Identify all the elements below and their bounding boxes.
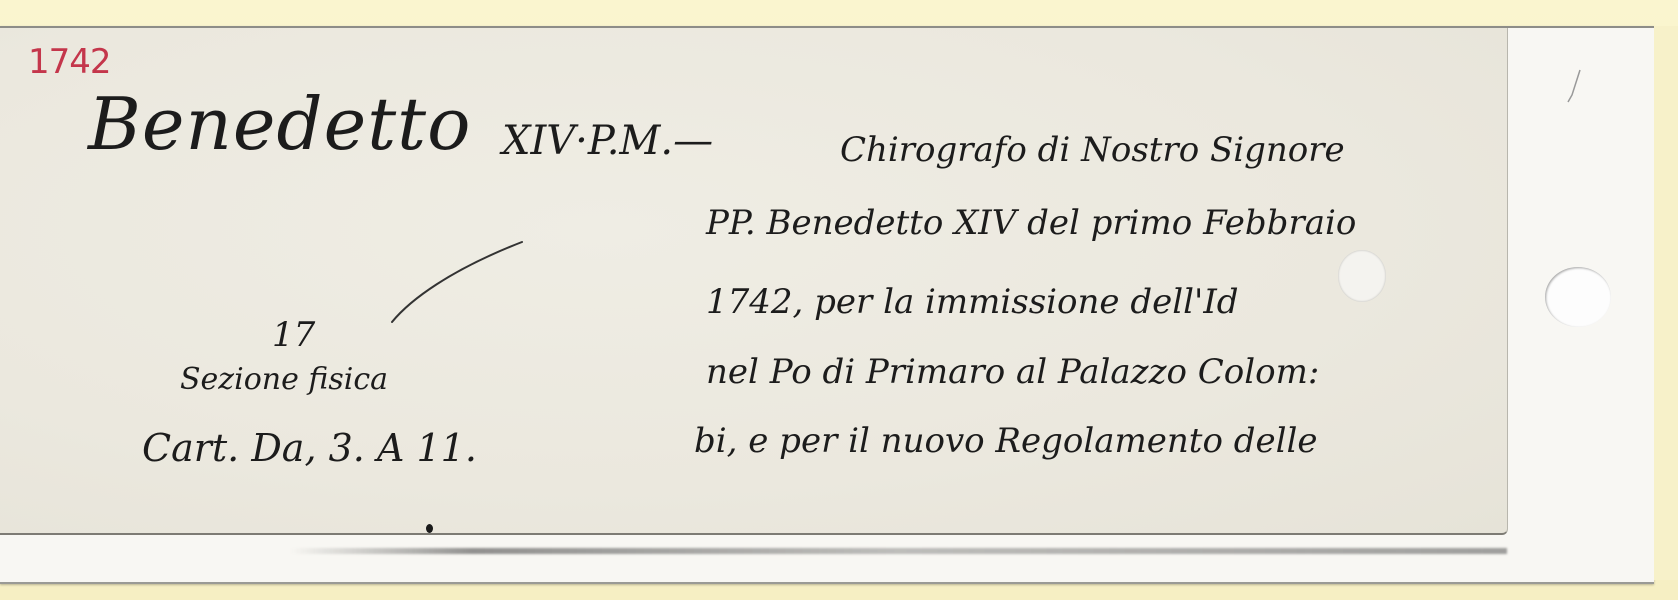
year-annotation: 1742 [28, 42, 111, 82]
body-line-1: Chirografo di Nostro Signore [840, 130, 1345, 170]
body-line-3: 1742, per la immissione dell'Id [706, 282, 1239, 322]
body-line-2: PP. Benedetto XIV del primo Febbraio [706, 203, 1356, 243]
shelf-number: 17 [272, 315, 315, 355]
document-hole [1338, 250, 1386, 302]
bottom-edge-smudge [290, 548, 1507, 554]
heading-suffix: XIV·P.M.— [502, 118, 713, 164]
card-edge [1654, 26, 1678, 580]
heading-name: Benedetto [88, 82, 471, 166]
shelf-mark: Cart. Da, 3. A 11. [142, 426, 477, 470]
punch-hole [1545, 267, 1611, 327]
body-line-4: nel Po di Primaro al Palazzo Colom: [706, 352, 1319, 392]
body-line-5: bi, e per il nuovo Regolamento delle [694, 421, 1318, 461]
shelf-section: Sezione fisica [180, 362, 388, 397]
ink-dot [426, 524, 433, 533]
